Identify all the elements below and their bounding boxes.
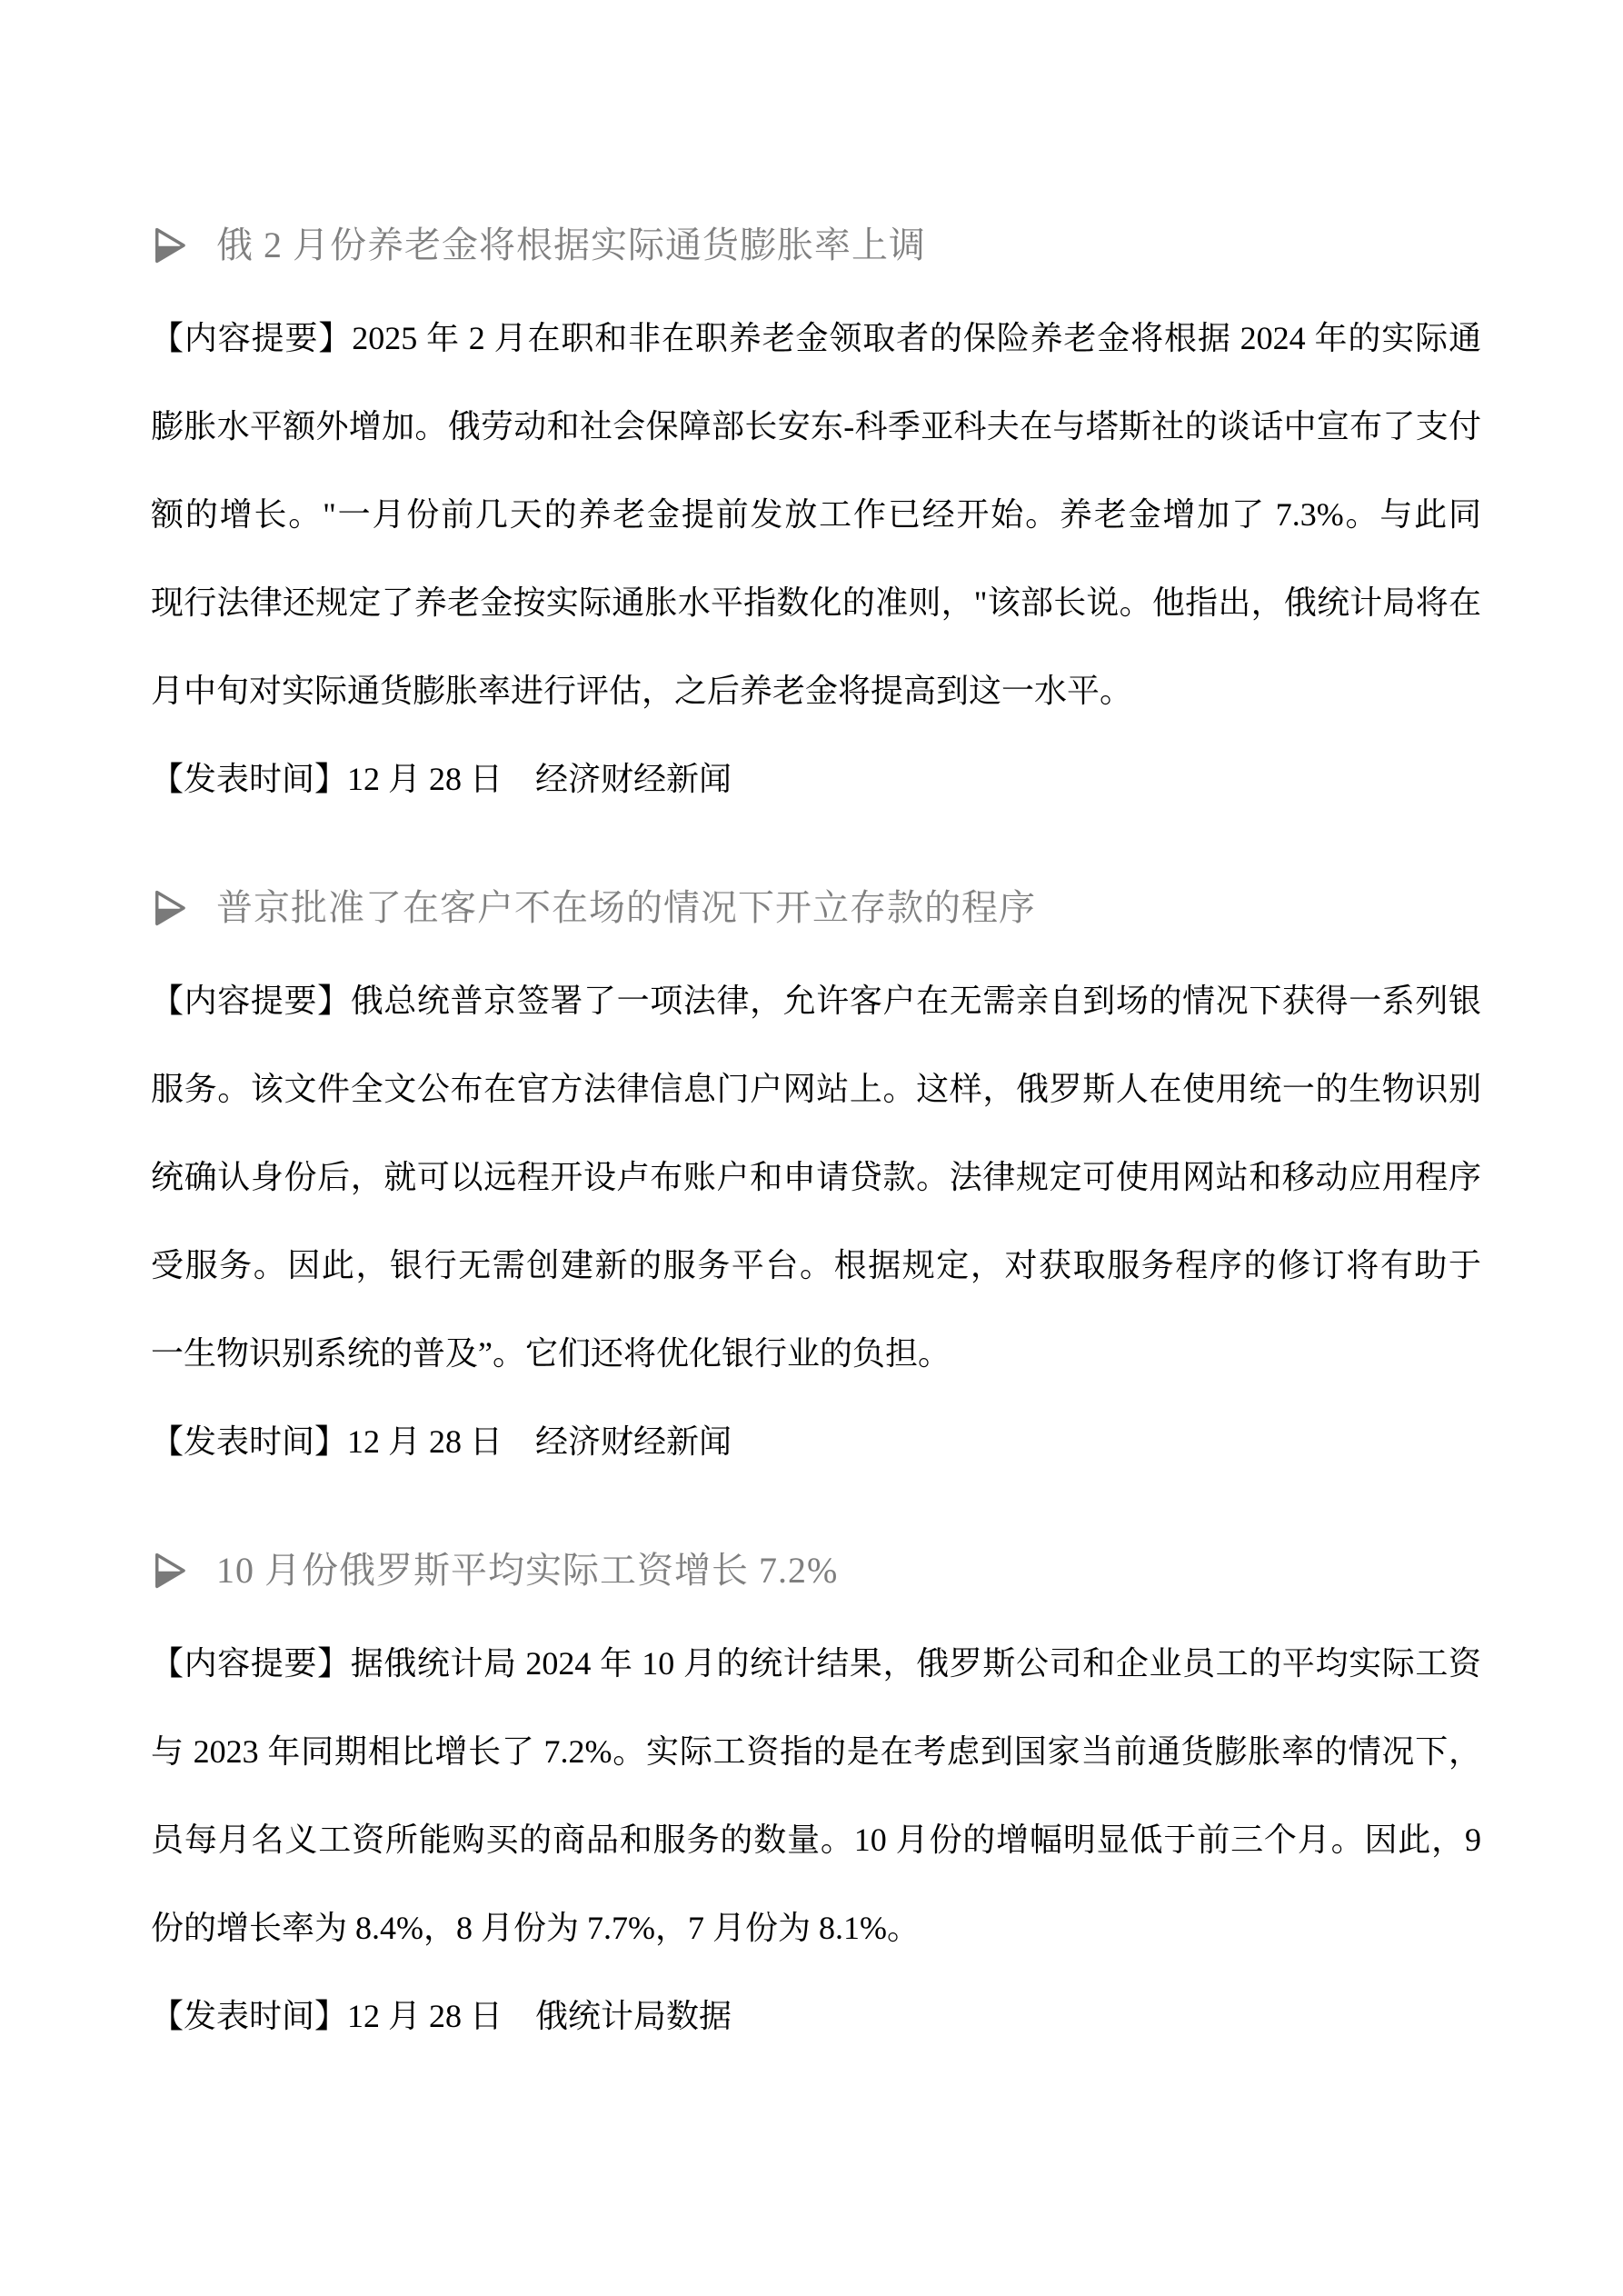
document-page: 俄 2 月份养老金将根据实际通货膨胀率上调 【内容提要】2025 年 2 月在职… xyxy=(0,0,1623,2296)
section-body: 【内容提要】俄总统普京签署了一项法律，允许客户在无需亲自到场的情况下获得一系列银… xyxy=(151,957,1481,1398)
section-body: 【内容提要】据俄统计局 2024 年 10 月的统计结果，俄罗斯公司和企业员工的… xyxy=(151,1620,1481,1972)
body-line: 份的增长率为 8.4%，8 月份为 7.7%，7 月份为 8.1%。 xyxy=(151,1884,1481,1972)
section-title: 10 月份俄罗斯平均实际工资增长 7.2% xyxy=(216,1544,838,1597)
body-line: 【内容提要】据俄统计局 2024 年 10 月的统计结果，俄罗斯公司和企业员工的… xyxy=(151,1620,1481,1708)
body-line: 月中旬对实际通货膨胀率进行评估，之后养老金将提高到这一水平。 xyxy=(151,647,1481,735)
arrow-bullet-icon xyxy=(153,889,187,927)
section-title: 俄 2 月份养老金将根据实际通货膨胀率上调 xyxy=(216,219,926,272)
body-line: 【内容提要】2025 年 2 月在职和非在职养老金领取者的保险养老金将根据 20… xyxy=(151,294,1481,383)
publish-date-line: 【发表时间】12 月 28 日 俄统计局数据 xyxy=(151,1972,1481,2061)
publish-date-line: 【发表时间】12 月 28 日 经济财经新闻 xyxy=(151,1398,1481,1486)
publish-date-line: 【发表时间】12 月 28 日 经济财经新闻 xyxy=(151,735,1481,824)
document-content: 俄 2 月份养老金将根据实际通货膨胀率上调 【内容提要】2025 年 2 月在职… xyxy=(151,0,1481,2119)
news-section: 俄 2 月份养老金将根据实际通货膨胀率上调 【内容提要】2025 年 2 月在职… xyxy=(151,219,1481,824)
body-line: 统确认身份后，就可以远程开设卢布账户和申请贷款。法律规定可使用网站和移动应用程序… xyxy=(151,1133,1481,1222)
section-body: 【内容提要】2025 年 2 月在职和非在职养老金领取者的保险养老金将根据 20… xyxy=(151,294,1481,735)
body-line: 现行法律还规定了养老金按实际通胀水平指数化的准则，"该部长说。他指出，俄统计局将… xyxy=(151,559,1481,647)
news-section: 普京批准了在客户不在场的情况下开立存款的程序 【内容提要】俄总统普京签署了一项法… xyxy=(151,882,1481,1486)
section-heading: 10 月份俄罗斯平均实际工资增长 7.2% xyxy=(153,1544,1481,1597)
body-line: 【内容提要】俄总统普京签署了一项法律，允许客户在无需亲自到场的情况下获得一系列银… xyxy=(151,957,1481,1045)
arrow-bullet-icon xyxy=(153,226,187,265)
body-line: 服务。该文件全文公布在官方法律信息门户网站上。这样，俄罗斯人在使用统一的生物识别… xyxy=(151,1045,1481,1133)
news-section: 10 月份俄罗斯平均实际工资增长 7.2% 【内容提要】据俄统计局 2024 年… xyxy=(151,1544,1481,2061)
body-line: 员每月名义工资所能购买的商品和服务的数量。10 月份的增幅明显低于前三个月。因此… xyxy=(151,1796,1481,1884)
body-line: 一生物识别系统的普及”。它们还将优化银行业的负担。 xyxy=(151,1310,1481,1398)
body-line: 膨胀水平额外增加。俄劳动和社会保障部长安东-科季亚科夫在与塔斯社的谈话中宣布了支… xyxy=(151,383,1481,471)
body-line: 额的增长。"一月份前几天的养老金提前发放工作已经开始。养老金增加了 7.3%。与… xyxy=(151,471,1481,559)
section-heading: 俄 2 月份养老金将根据实际通货膨胀率上调 xyxy=(153,219,1481,272)
section-title: 普京批准了在客户不在场的情况下开立存款的程序 xyxy=(216,882,1036,934)
arrow-bullet-icon xyxy=(153,1552,187,1590)
body-line: 受服务。因此，银行无需创建新的服务平台。根据规定，对获取服务程序的修订将有助于 … xyxy=(151,1222,1481,1310)
body-line: 与 2023 年同期相比增长了 7.2%。实际工资指的是在考虑到国家当前通货膨胀… xyxy=(151,1708,1481,1796)
section-heading: 普京批准了在客户不在场的情况下开立存款的程序 xyxy=(153,882,1481,934)
